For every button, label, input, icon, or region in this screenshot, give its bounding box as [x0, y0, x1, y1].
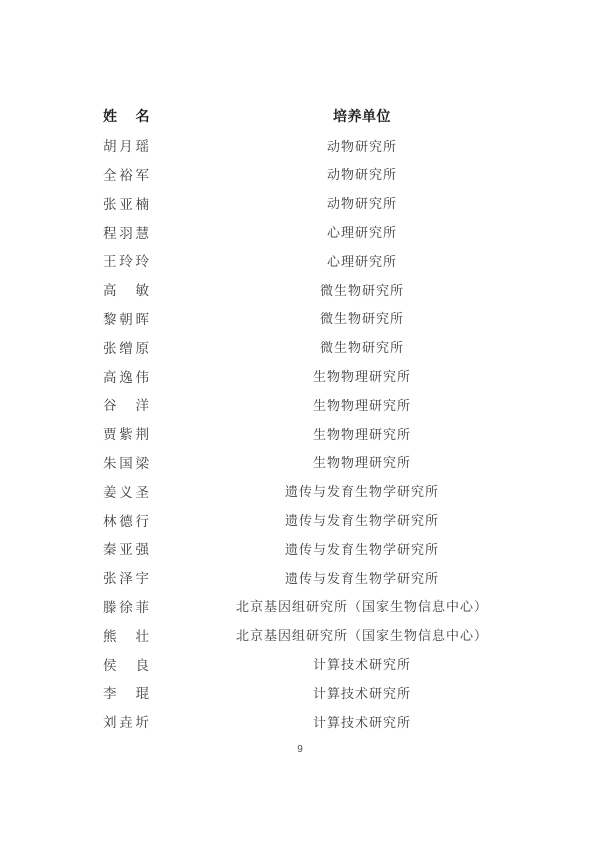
table-row: 胡月瑶动物研究所 [0, 131, 600, 160]
table-row: 高 敏微生物研究所 [0, 275, 600, 304]
table-row: 秦亚强遗传与发育生物学研究所 [0, 534, 600, 563]
name-cell: 朱国梁 [103, 452, 150, 472]
unit-cell: 动物研究所 [150, 193, 574, 212]
table-row: 李 琨计算技术研究所 [0, 678, 600, 707]
unit-cell: 计算技术研究所 [150, 654, 574, 673]
name-cell: 黎朝晖 [103, 308, 150, 328]
name-cell: 王玲玲 [103, 250, 150, 270]
table-header-row: 姓 名 培养单位 [0, 102, 600, 131]
name-cell: 全裕军 [103, 164, 150, 184]
name-cell: 刘垚圻 [103, 711, 150, 731]
table-row: 程羽慧心理研究所 [0, 217, 600, 246]
table-row: 张缯原微生物研究所 [0, 332, 600, 361]
name-cell: 李 琨 [103, 682, 150, 702]
unit-cell: 心理研究所 [150, 222, 574, 241]
table-row: 朱国梁生物物理研究所 [0, 448, 600, 477]
unit-cell: 微生物研究所 [150, 337, 574, 356]
name-cell: 秦亚强 [103, 538, 150, 558]
name-cell: 张亚楠 [103, 193, 150, 213]
unit-cell: 北京基因组研究所（国家生物信息中心） [150, 625, 574, 644]
table-row: 高逸伟生物物理研究所 [0, 361, 600, 390]
name-cell: 贾紫荆 [103, 423, 150, 443]
unit-cell: 计算技术研究所 [150, 712, 574, 731]
document-page: 姓 名 培养单位 胡月瑶动物研究所全裕军动物研究所张亚楠动物研究所程羽慧心理研究… [0, 0, 600, 848]
column-header-unit: 培养单位 [150, 106, 574, 126]
unit-cell: 计算技术研究所 [150, 683, 574, 702]
unit-cell: 生物物理研究所 [150, 424, 574, 443]
table-row: 刘垚圻计算技术研究所 [0, 707, 600, 736]
name-cell: 张泽宇 [103, 567, 150, 587]
unit-cell: 遗传与发育生物学研究所 [150, 568, 574, 587]
name-cell: 熊 壮 [103, 625, 150, 645]
table-row: 滕徐菲北京基因组研究所（国家生物信息中心） [0, 592, 600, 621]
page-number: 9 [0, 744, 600, 755]
name-cell: 侯 良 [103, 654, 150, 674]
table-body: 胡月瑶动物研究所全裕军动物研究所张亚楠动物研究所程羽慧心理研究所王玲玲心理研究所… [0, 131, 600, 736]
table-row: 王玲玲心理研究所 [0, 246, 600, 275]
name-cell: 程羽慧 [103, 222, 150, 242]
name-cell: 滕徐菲 [103, 596, 150, 616]
table-row: 黎朝晖微生物研究所 [0, 304, 600, 333]
unit-cell: 遗传与发育生物学研究所 [150, 481, 574, 500]
table-row: 姜义圣遗传与发育生物学研究所 [0, 476, 600, 505]
table-row: 张亚楠动物研究所 [0, 188, 600, 217]
table-row: 全裕军动物研究所 [0, 160, 600, 189]
name-cell: 姜义圣 [103, 481, 150, 501]
unit-cell: 生物物理研究所 [150, 366, 574, 385]
name-cell: 林德行 [103, 510, 150, 530]
unit-cell: 动物研究所 [150, 164, 574, 183]
name-cell: 张缯原 [103, 337, 150, 357]
name-cell: 高逸伟 [103, 366, 150, 386]
table-row: 张泽宇遗传与发育生物学研究所 [0, 563, 600, 592]
unit-cell: 生物物理研究所 [150, 395, 574, 414]
unit-cell: 北京基因组研究所（国家生物信息中心） [150, 596, 574, 615]
table-row: 林德行遗传与发育生物学研究所 [0, 505, 600, 534]
unit-cell: 生物物理研究所 [150, 452, 574, 471]
column-header-name: 姓 名 [103, 106, 150, 126]
table-row: 谷 洋生物物理研究所 [0, 390, 600, 419]
name-cell: 谷 洋 [103, 394, 150, 414]
table-row: 侯 良计算技术研究所 [0, 649, 600, 678]
name-cell: 高 敏 [103, 279, 150, 299]
unit-cell: 心理研究所 [150, 251, 574, 270]
unit-cell: 微生物研究所 [150, 280, 574, 299]
unit-cell: 动物研究所 [150, 136, 574, 155]
table-row: 贾紫荆生物物理研究所 [0, 419, 600, 448]
unit-cell: 微生物研究所 [150, 308, 574, 327]
name-cell: 胡月瑶 [103, 135, 150, 155]
table-row: 熊 壮北京基因组研究所（国家生物信息中心） [0, 620, 600, 649]
unit-cell: 遗传与发育生物学研究所 [150, 539, 574, 558]
unit-cell: 遗传与发育生物学研究所 [150, 510, 574, 529]
